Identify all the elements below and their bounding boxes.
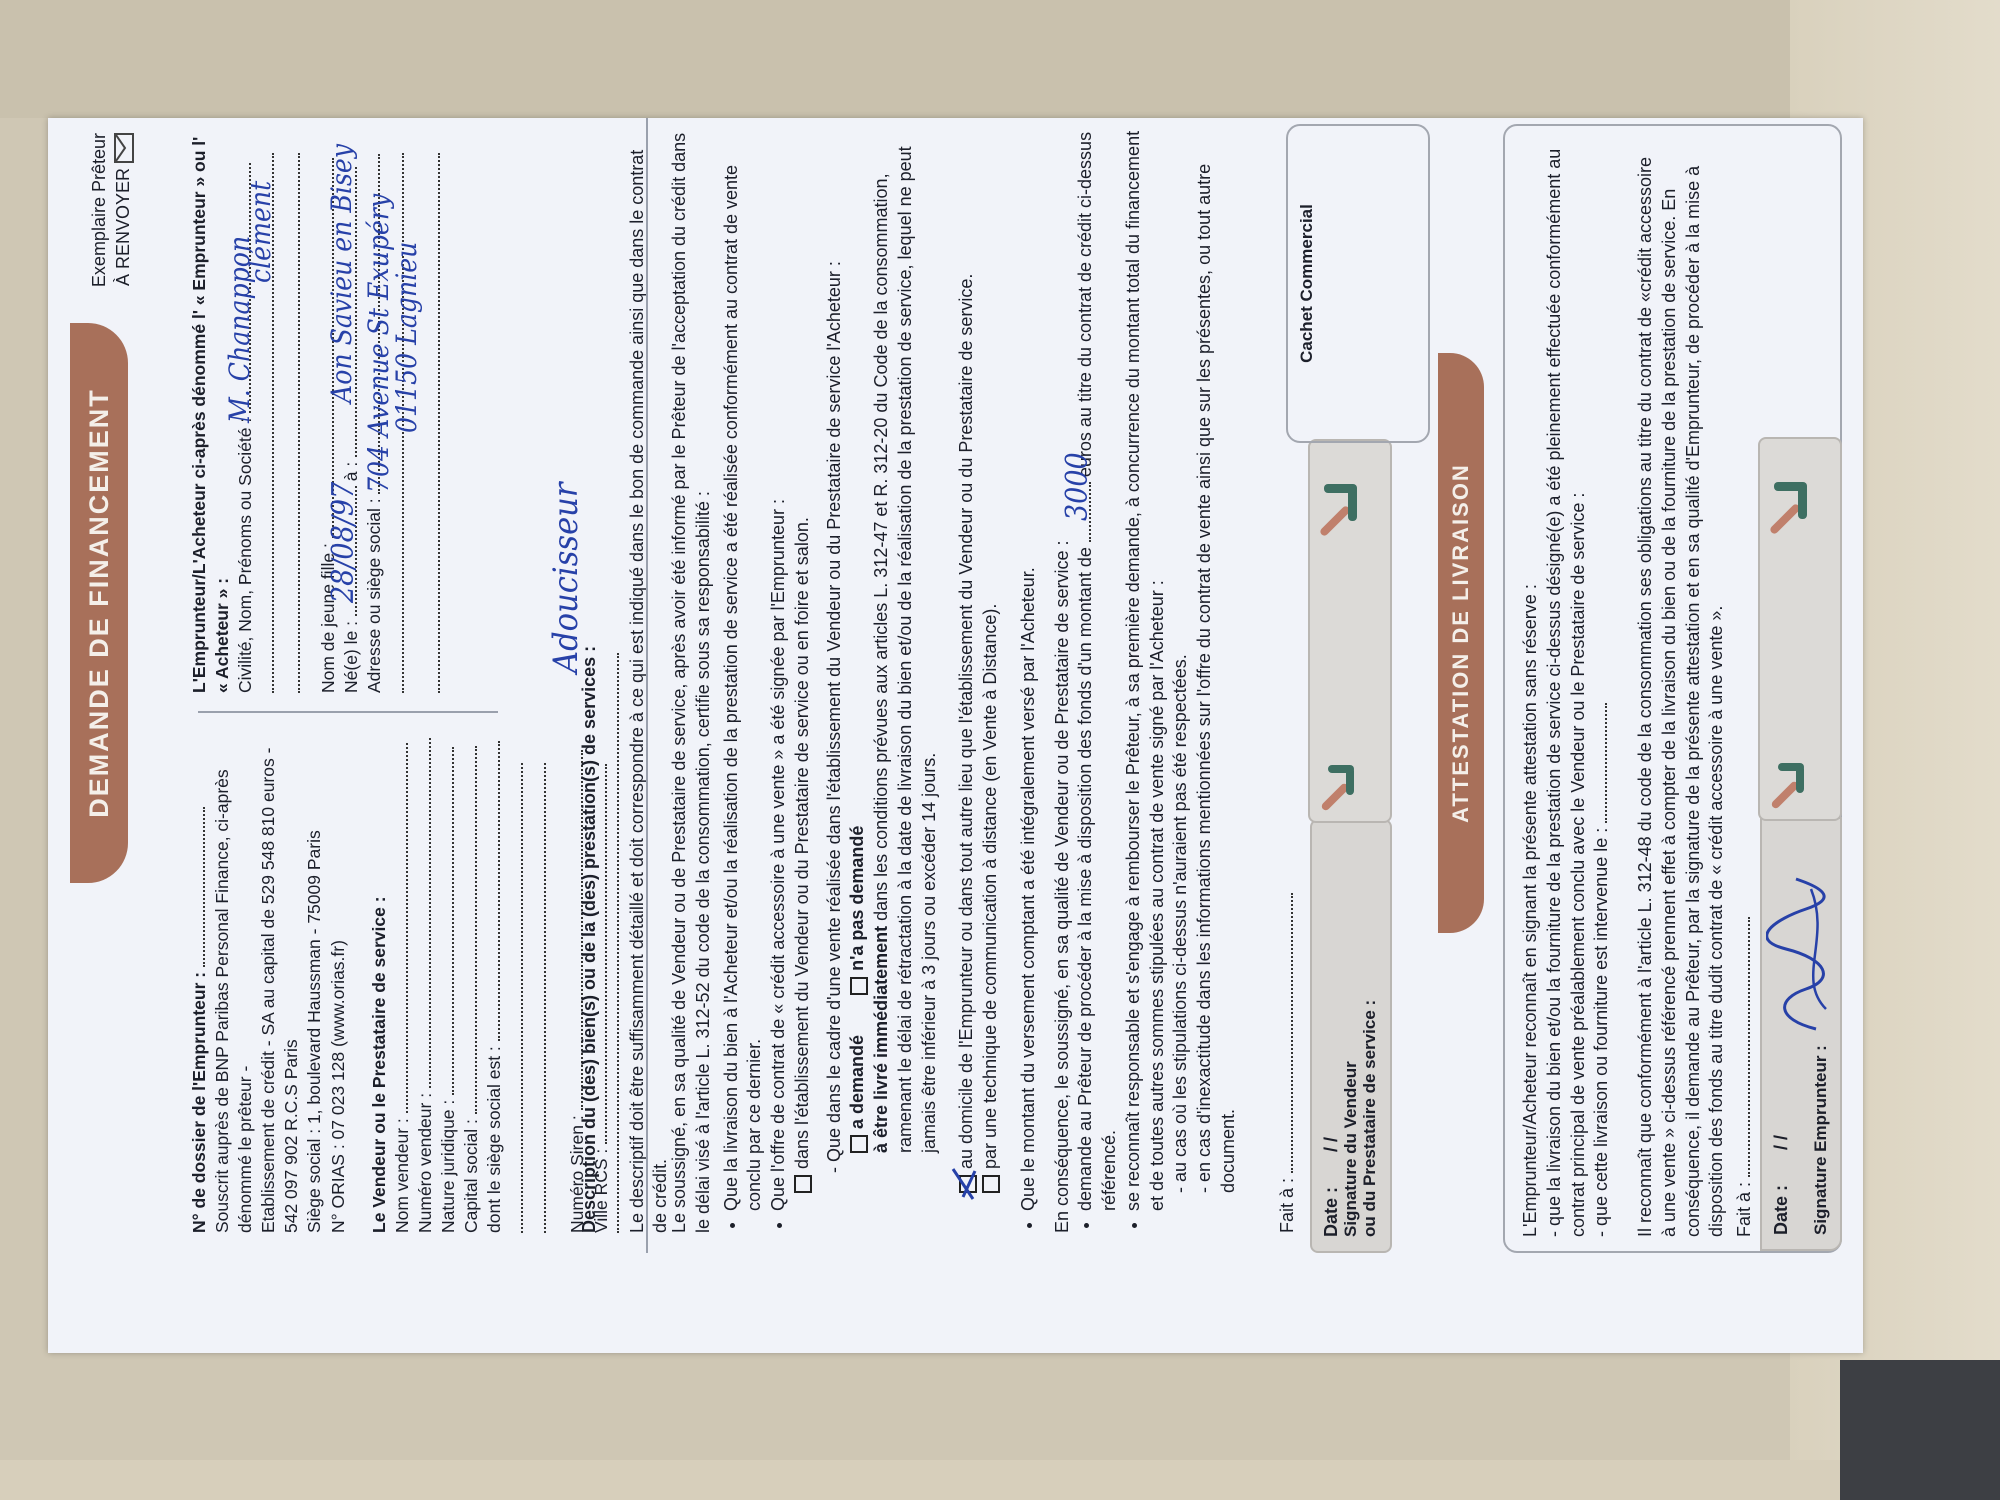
commercial-stamp-box: Cachet Commercial [1286, 124, 1430, 443]
description-note: Le descriptif doit être suffisamment dét… [626, 133, 674, 1233]
vendor-field-hq-3[interactable] [543, 763, 546, 1233]
delivery-made-at: Fait à : [1733, 147, 1757, 1237]
vendor-signature-area[interactable] [1308, 439, 1392, 823]
vendor-date-label: Date : [1321, 1187, 1341, 1237]
vendor-field-legal: Nature juridique : [437, 733, 460, 1233]
checkbox-not-asked[interactable] [850, 977, 868, 995]
vendor-field-number: Numéro vendeur : [414, 733, 437, 1233]
borrower-signature-area[interactable] [1758, 437, 1842, 821]
copy-label: Exemplaire Prêteur [88, 133, 112, 323]
envelope-icon [114, 133, 134, 163]
borrower-block: L'Emprunteur/L'Acheteur ci-après dénommé… [188, 133, 443, 693]
vendor-signature-label-2: ou du Prestataire de service : [1361, 1000, 1380, 1237]
checkbox-home-checkmark [949, 1165, 979, 1201]
declaration-bullet-2: Que l'offre de contrat de « crédit acces… [767, 123, 791, 1211]
lender-line-4: N° ORIAS : 07 023 128 (www.orias.fr) [327, 733, 350, 1233]
borrower-date-label: Date : [1771, 1185, 1791, 1235]
borrower-firstname-handwritten: clément [243, 181, 280, 283]
amount-handwritten: 3000 [1058, 452, 1098, 521]
birth-date-handwritten: 28/08/97 [324, 482, 364, 603]
option-home-row: au domicile de l'Emprunteur ou dans tout… [955, 123, 979, 1233]
column-divider [198, 711, 498, 713]
copy-label-block: Exemplaire Prêteur À RENVOYER [88, 133, 136, 323]
lender-line-1: Souscrit auprès de BNP Paribas Personal … [211, 733, 257, 1233]
declaration-bullet-1: Que la livraison du bien à l'Acheteur et… [720, 123, 768, 1211]
case-2: - en cas d'inexactitude dans les informa… [1193, 123, 1241, 1233]
form-title-banner: DEMANDE DE FINANCEMENT [70, 323, 128, 883]
borrower-address-row: Adresse ou siège social : 704 Avenue St … [363, 133, 386, 693]
declaration-block: Le soussigné, en sa qualité de Vendeur o… [668, 123, 1241, 1233]
background-surface [0, 0, 2000, 118]
checkbox-asked[interactable] [850, 1135, 868, 1153]
vendor-heading: Le Vendeur ou le Prestataire de service … [368, 733, 391, 1233]
delivery-intro: L'Emprunteur/Acheteur reconnaît en signa… [1519, 147, 1543, 1237]
form-title: DEMANDE DE FINANCEMENT [84, 388, 114, 818]
background-surface-bottom [0, 1460, 2000, 1500]
vendor-made-at: Fait à : [1276, 893, 1300, 1233]
consequence-1: demande au Prêteur de procéder à la mise… [1074, 123, 1122, 1211]
borrower-date-value[interactable]: / / [1771, 1135, 1791, 1150]
borrower-handwritten-signature [1766, 869, 1836, 1039]
vendor-signature-label-1: Signature du Vendeur [1342, 1000, 1361, 1237]
vendor-field-hq-2[interactable] [520, 763, 523, 1233]
case-1: - au cas où les stipulations ci-dessus n… [1169, 123, 1193, 1233]
description-field[interactable] [616, 653, 619, 1233]
financing-form-page: DEMANDE DE FINANCEMENT Exemplaire Prêteu… [48, 118, 1863, 1353]
address-2-handwritten: 01150 Lagnieu [389, 242, 426, 433]
lender-line-3: Siège social : 1, boulevard Haussman - 7… [303, 733, 326, 1233]
lender-line-2: Etablissement de crédit - SA au capital … [257, 733, 303, 1233]
declaration-bullet-3: Que le montant du versement comptant a é… [1017, 123, 1041, 1211]
declaration-intro: Le soussigné, en sa qualité de Vendeur o… [668, 123, 716, 1233]
vendor-field-capital: Capital social : [460, 733, 483, 1233]
consequence-2: se reconnaît responsable et s'engage à r… [1122, 123, 1170, 1211]
background-object [1840, 1360, 2000, 1500]
delivery-item-2: - que cette livraison ou fourniture est … [1590, 147, 1614, 1237]
delivery-title: ATTESTATION DE LIVRAISON [1448, 463, 1473, 823]
dossier-label: N° de dossier de l'Emprunteur : [189, 972, 209, 1233]
checkbox-fair[interactable] [794, 1175, 812, 1193]
delivery-conditions: à être livré immédiatement dans les cond… [870, 123, 941, 1233]
borrower-birth-row: Né(e) le : à : 28/08/97 Aon Savieu en Bi… [340, 133, 363, 693]
sub-intro: - Que dans le cadre d'une vente réalisée… [823, 123, 847, 1233]
description-heading: Description du (des) bien(s) ou de la (d… [579, 646, 599, 1233]
consequence-intro: En conséquence, le soussigné, en sa qual… [1051, 123, 1075, 1233]
description-handwritten: Adoucisseur [544, 482, 589, 673]
vendor-date-signature-box: Date : / / Signature du Vendeur ou du Pr… [1310, 819, 1392, 1253]
checkbox-distance[interactable] [982, 1175, 1000, 1193]
borrower-date-signature-box: Date : / / Signature Emprunteur : [1760, 817, 1842, 1251]
return-label: À RENVOYER [112, 133, 136, 323]
vendor-field-name: Nom vendeur : [391, 733, 414, 1233]
description-block: Description du (des) bien(s) ou de la (d… [578, 133, 673, 1233]
request-options-row: a demandé n'a pas demandé [846, 123, 870, 1233]
dossier-field[interactable] [202, 807, 205, 967]
section-divider [646, 118, 648, 1253]
option-distance-row: par une technique de communication à dis… [979, 123, 1003, 1233]
option-fair-row: dans l'établissement du Vendeur ou du Pr… [791, 123, 815, 1233]
delivery-panel: L'Emprunteur/Acheteur reconnaît en signa… [1503, 124, 1842, 1253]
lender-block: N° de dossier de l'Emprunteur : Souscrit… [188, 733, 613, 1233]
borrower-signature-label: Signature Emprunteur : [1810, 1045, 1832, 1235]
delivery-title-banner: ATTESTATION DE LIVRAISON [1438, 353, 1484, 933]
delivery-item-1: - que la livraison du bien et/ou la four… [1543, 147, 1591, 1237]
paper-sheet: DEMANDE DE FINANCEMENT Exemplaire Prêteu… [48, 118, 1863, 1353]
borrower-address-field-3[interactable] [437, 153, 440, 693]
vendor-field-hq: dont le siège social est : [483, 733, 506, 1233]
vendor-date-value[interactable]: / / [1321, 1137, 1341, 1152]
borrower-civility-field-3[interactable] [297, 153, 300, 693]
commercial-stamp-label: Cachet Commercial [1296, 126, 1318, 441]
delivery-paragraph: Il reconnaît que conformément à l'articl… [1634, 147, 1729, 1237]
birth-place-handwritten: Aon Savieu en Bisey [324, 144, 361, 403]
